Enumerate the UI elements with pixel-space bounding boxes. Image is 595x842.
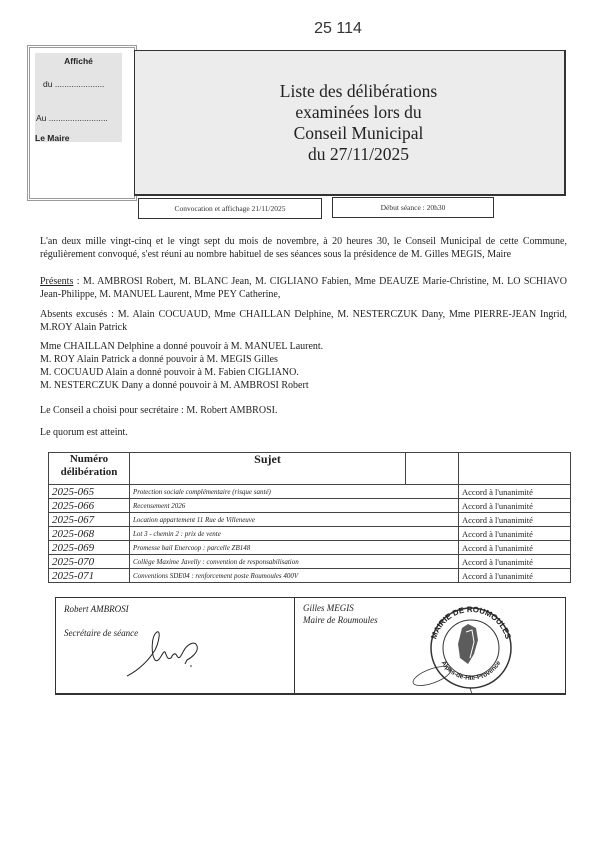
cell-numero: 2025-065 (49, 485, 130, 499)
table-row: 2025-069Promesse bail Enercoop : parcell… (49, 541, 571, 555)
affiche-title: Affiché (35, 56, 122, 66)
cell-numero: 2025-069 (49, 541, 130, 555)
debut-seance-box: Début séance : 20h30 (332, 197, 494, 218)
svg-text:Alpes-de-Hte-Provence: Alpes-de-Hte-Provence (440, 659, 503, 681)
cell-decision: Accord à l'unanimité (459, 513, 571, 527)
cell-numero: 2025-066 (49, 499, 130, 513)
cell-sujet: Protection sociale complémentaire (risqu… (130, 485, 459, 499)
cell-numero: 2025-068 (49, 527, 130, 541)
signature-divider (294, 597, 295, 695)
affiche-maire: Le Maire (35, 133, 70, 143)
absents-paragraph: Absents excusés : M. Alain COCUAUD, Mme … (40, 308, 567, 334)
quorum-text: Le quorum est atteint. (40, 426, 567, 439)
cell-sujet: Location appartement 11 Rue de Villeneuv… (130, 513, 459, 527)
cell-sujet: Recensement 2026 (130, 499, 459, 513)
header-sujet: Sujet (130, 453, 406, 485)
presents-paragraph: Présents : M. AMBROSI Robert, M. BLANC J… (40, 275, 567, 301)
secretary-signature-icon (125, 620, 205, 680)
table-row: 2025-068Lot 3 - chemin 2 : prix de vente… (49, 527, 571, 541)
title-line: examinées lors du (295, 102, 421, 123)
convocation-box: Convocation et affichage 21/11/2025 (138, 198, 322, 219)
cell-sujet: Lot 3 - chemin 2 : prix de vente (130, 527, 459, 541)
pouvoirs-list: Mme CHAILLAN Delphine a donné pouvoir à … (40, 340, 567, 392)
presents-text: : M. AMBROSI Robert, M. BLANC Jean, M. C… (40, 276, 567, 300)
affiche-panel: Affiché du ..................... Au ....… (35, 53, 122, 142)
table-row: 2025-070Collège Maxime Javelly : convent… (49, 555, 571, 569)
pouvoir-item: Mme CHAILLAN Delphine a donné pouvoir à … (40, 340, 567, 353)
header-empty (406, 453, 459, 485)
title-line: du 27/11/2025 (308, 144, 409, 165)
cell-sujet: Conventions SDE04 : renforcement poste R… (130, 569, 459, 583)
cell-numero: 2025-067 (49, 513, 130, 527)
pouvoir-item: M. COCUAUD Alain a donné pouvoir à M. Fa… (40, 366, 567, 379)
cell-numero: 2025-070 (49, 555, 130, 569)
pouvoir-item: M. ROY Alain Patrick a donné pouvoir à M… (40, 353, 567, 366)
cell-decision: Accord à l'unanimité (459, 485, 571, 499)
header-decision (459, 453, 571, 485)
presents-label: Présents (40, 276, 73, 287)
secretaire-paragraph: Le Conseil a choisi pour secrétaire : M.… (40, 404, 567, 417)
secretaire-text: Le Conseil a choisi pour secrétaire : M.… (40, 404, 567, 417)
pouvoir-item: M. NESTERCZUK Dany a donné pouvoir à M. … (40, 379, 567, 392)
absents-text: Absents excusés : M. Alain COCUAUD, Mme … (40, 308, 567, 334)
table-row: 2025-067Location appartement 11 Rue de V… (49, 513, 571, 527)
affiche-au: Au ......................... (36, 113, 108, 123)
mayor-role: Maire de Roumoules (303, 615, 378, 625)
affiche-du: du ..................... (43, 79, 104, 89)
quorum-paragraph: Le quorum est atteint. (40, 426, 567, 439)
secretary-name: Robert AMBROSI (64, 604, 129, 614)
title-box: Liste des délibérations examinées lors d… (134, 50, 566, 196)
deliberations-table: Numéro délibération Sujet 2025-065Protec… (48, 452, 571, 583)
table-row: 2025-071Conventions SDE04 : renforcement… (49, 569, 571, 583)
table-row: 2025-066Recensement 2026Accord à l'unani… (49, 499, 571, 513)
title-line: Liste des délibérations (280, 81, 437, 102)
cell-sujet: Collège Maxime Javelly : convention de r… (130, 555, 459, 569)
header-numero: Numéro délibération (49, 453, 130, 485)
cell-decision: Accord à l'unanimité (459, 555, 571, 569)
intro-text: L'an deux mille vingt-cinq et le vingt s… (40, 235, 567, 261)
cell-decision: Accord à l'unanimité (459, 527, 571, 541)
mairie-stamp-icon: MAIRIE DE ROUMOULES Alpes-de-Hte-Provenc… (410, 602, 520, 694)
table-header-row: Numéro délibération Sujet (49, 453, 571, 485)
intro-paragraph: L'an deux mille vingt-cinq et le vingt s… (40, 235, 567, 261)
table-row: 2025-065Protection sociale complémentair… (49, 485, 571, 499)
cell-sujet: Promesse bail Enercoop : parcelle ZB148 (130, 541, 459, 555)
mayor-name: Gilles MEGIS (303, 603, 354, 613)
title-line: Conseil Municipal (294, 123, 424, 144)
cell-decision: Accord à l'unanimité (459, 541, 571, 555)
cell-decision: Accord à l'unanimité (459, 499, 571, 513)
cell-decision: Accord à l'unanimité (459, 569, 571, 583)
cell-numero: 2025-071 (49, 569, 130, 583)
document-number: 25 114 (0, 20, 595, 38)
